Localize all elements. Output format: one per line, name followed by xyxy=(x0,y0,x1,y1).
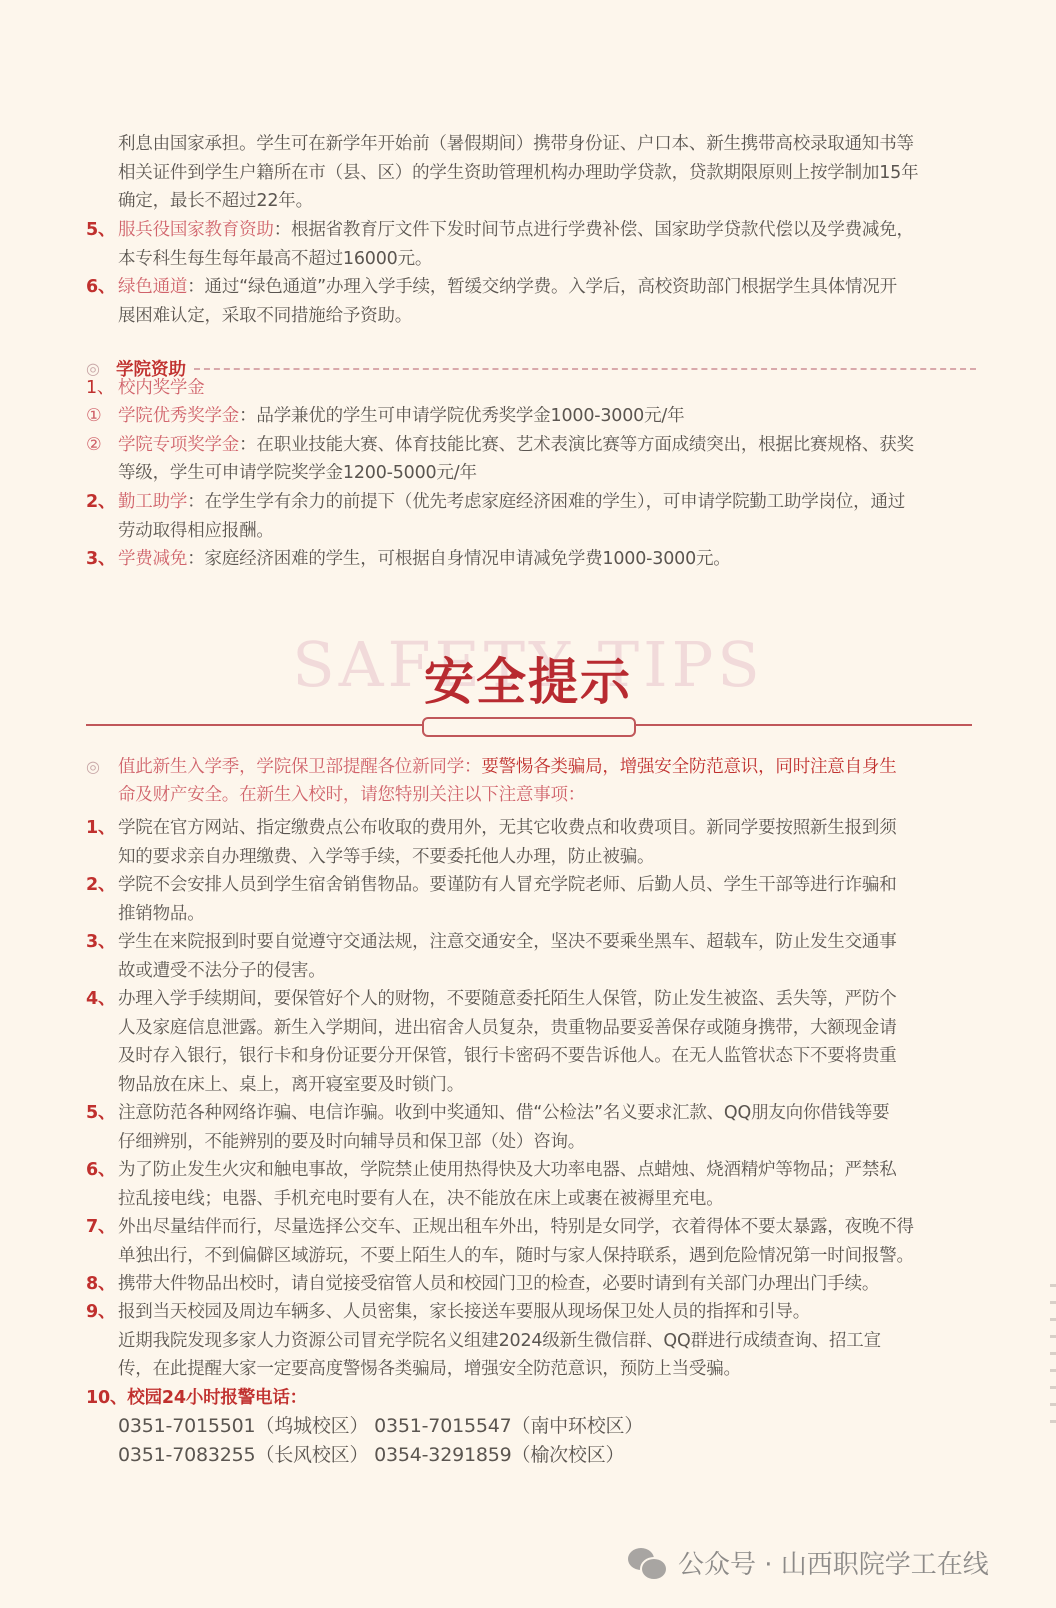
paragraph-line: 展困难认定，采取不同措施给予资助。 xyxy=(118,302,1008,331)
hotline-row-1: 0351-7015501（坞城校区） 0351-7015547（南中环校区） xyxy=(118,1412,1008,1441)
safety-title: 安全提示 xyxy=(0,642,1056,714)
phone-number: 0351-7083255 xyxy=(118,1444,255,1466)
phone-number: 0351-7015547 xyxy=(374,1415,511,1437)
paragraph-line: 及时存入银行，银行卡和身份证要分开保管，银行卡密码不要告诉他人。在无人监管状态下… xyxy=(118,1042,1008,1071)
campus-name: （南中环校区） xyxy=(512,1415,644,1437)
wechat-icon xyxy=(628,1548,666,1578)
aid-item-5: 5、服兵役国家教育资助：根据省教育厅文件下发时间节点进行学费补偿、国家助学贷款代… xyxy=(86,216,976,245)
college-aid-item-3: 3、学费减免：家庭经济困难的学生，可根据自身情况申请减免学费1000-3000元… xyxy=(86,545,976,574)
hotline-heading: 10、校园24小时报警电话： xyxy=(86,1384,976,1413)
paragraph-line: 拉乱接电线；电器、手机充电时要有人在，决不能放在床上或裹在被褥里充电。 xyxy=(118,1185,1008,1214)
account-name: 公众号 · 山西职院学工在线 xyxy=(678,1544,989,1581)
campus-name: （坞城校区） xyxy=(255,1415,368,1437)
circle-bullet-icon: ◎ xyxy=(86,752,118,781)
college-aid-sub-2: ②学院专项奖学金：在职业技能大赛、体育技能比赛、艺术表演比赛等方面成绩突出，根据… xyxy=(86,431,976,460)
college-aid-sub-1: ①学院优秀奖学金：品学兼优的学生可申请学院优秀奖学金1000-3000元/年 xyxy=(86,402,976,431)
campus-name: （榆次校区） xyxy=(512,1444,625,1466)
paragraph-line: 劳动取得相应报酬。 xyxy=(118,517,1008,546)
paragraph-line: 仔细辨别，不能辨别的要及时向辅导员和保卫部（处）咨询。 xyxy=(118,1128,1008,1157)
paragraph-line: 故或遭受不法分子的侵害。 xyxy=(118,957,1008,986)
college-aid-item-1: 1、校内奖学金 xyxy=(86,374,976,403)
paragraph-line: 推销物品。 xyxy=(118,900,1008,929)
paragraph-line: 知的要求亲自办理缴费、入学等手续，不要委托他人办理，防止被骗。 xyxy=(118,843,1008,872)
paragraph-line: 相关证件到学生户籍所在市（县、区）的学生资助管理机构办理助学贷款，贷款期限原则上… xyxy=(118,159,1008,188)
safety-item-2: 2、学院不会安排人员到学生宿舍销售物品。要谨防有人冒充学院老师、后勤人员、学生干… xyxy=(86,871,976,900)
safety-item-3: 3、学生在来院报到时要自觉遵守交通法规，注意交通安全，坚决不要乘坐黑车、超载车，… xyxy=(86,928,976,957)
safety-item-8: 8、携带大件物品出校时，请自觉接受宿管人员和校园门卫的检查，必要时请到有关部门办… xyxy=(86,1270,976,1299)
college-aid-item-2: 2、勤工助学：在学生学有余力的前提下（优先考虑家庭经济困难的学生），可申请学院勤… xyxy=(86,488,976,517)
page-edge-decoration xyxy=(1050,1270,1056,1430)
item-title: 服兵役国家教育资助 xyxy=(118,220,274,240)
paragraph-line: 利息由国家承担。学生可在新学年开始前（暑假期间）携带身份证、户口本、新生携带高校… xyxy=(118,130,1008,159)
safety-item-1: 1、学院在官方网站、指定缴费点公布收取的费用外，无其它收费点和收费项目。新同学要… xyxy=(86,814,976,843)
campus-name: （长风校区） xyxy=(255,1444,368,1466)
title-rule-tab xyxy=(422,717,636,737)
wechat-account-watermark: 公众号 · 山西职院学工在线 xyxy=(628,1544,989,1581)
document-page: 利息由国家承担。学生可在新学年开始前（暑假期间）携带身份证、户口本、新生携带高校… xyxy=(0,0,1056,1608)
phone-number: 0351-7015501 xyxy=(118,1415,255,1437)
safety-item-5: 5、注意防范各种网络诈骗、电信诈骗。收到中奖通知、借“公检法”名义要求汇款、QQ… xyxy=(86,1099,976,1128)
aid-item-6: 6、绿色通道：通过“绿色通道”办理入学手续，暂缓交纳学费。入学后，高校资助部门根… xyxy=(86,273,976,302)
paragraph-line: 人及家庭信息泄露。新生入学期间，进出宿舍人员复杂，贵重物品要妥善保存或随身携带，… xyxy=(118,1014,1008,1043)
paragraph-line: 物品放在床上、桌上，离开寝室要及时锁门。 xyxy=(118,1071,1008,1100)
paragraph-line: 近期我院发现多家人力资源公司冒充学院名义组建2024级新生微信群、QQ群进行成绩… xyxy=(118,1327,1008,1356)
paragraph-line: 本专科生每生每年最高不超过16000元。 xyxy=(118,245,1008,274)
hotline-row-2: 0351-7083255（长风校区） 0354-3291859（榆次校区） xyxy=(118,1441,1008,1470)
safety-item-4: 4、办理入学手续期间，要保管好个人的财物，不要随意委托陌生人保管，防止发生被盗、… xyxy=(86,985,976,1014)
safety-item-9: 9、报到当天校园及周边车辆多、人员密集，家长接送车要服从现场保卫处人员的指挥和引… xyxy=(86,1298,976,1327)
paragraph-line: 单独出行，不到偏僻区域游玩，不要上陌生人的车，随时与家人保持联系，遇到危险情况第… xyxy=(118,1242,1008,1271)
phone-number: 0354-3291859 xyxy=(374,1444,511,1466)
safety-intro-line-1: ◎值此新生入学季，学院保卫部提醒各位新同学：要警惕各类骗局，增强安全防范意识，同… xyxy=(86,752,976,782)
safety-intro-line-2: 命及财产安全。在新生入校时，请您特别关注以下注意事项： xyxy=(118,781,1008,810)
safety-item-6: 6、为了防止发生火灾和触电事故，学院禁止使用热得快及大功率电器、点蜡烛、烧酒精炉… xyxy=(86,1156,976,1185)
dashed-divider xyxy=(194,368,976,370)
paragraph-line: 传，在此提醒大家一定要高度警惕各类骗局，增强安全防范意识，预防上当受骗。 xyxy=(118,1355,1008,1384)
paragraph-line: 等级，学生可申请学院奖学金1200-5000元/年 xyxy=(118,459,1008,488)
safety-item-7: 7、外出尽量结伴而行，尽量选择公交车、正规出租车外出，特别是女同学，衣着得体不要… xyxy=(86,1213,976,1242)
item-title: 绿色通道 xyxy=(118,277,187,297)
paragraph-line: 确定，最长不超过22年。 xyxy=(118,187,1008,216)
